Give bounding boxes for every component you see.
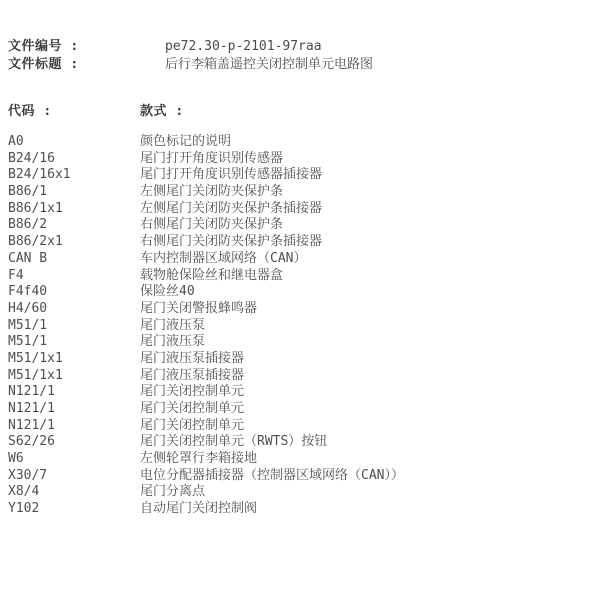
component-description: 自动尾门关闭控制阀: [140, 501, 257, 518]
table-row: B86/1x1 左侧尾门关闭防夹保护条插接器: [8, 201, 604, 218]
component-description: 左侧轮罩行李箱接地: [140, 451, 257, 468]
component-code: B24/16: [8, 151, 140, 168]
document-title-label: 文件标题 :: [8, 56, 165, 74]
table-row: H4/60 尾门关闭警报蜂鸣器: [8, 301, 604, 318]
component-description: 左侧尾门关闭防夹保护条: [140, 184, 283, 201]
table-row: M51/1 尾门液压泵: [8, 318, 604, 335]
document-title-row: 文件标题 : 后行李箱盖遥控关闭控制单元电路图: [8, 56, 604, 74]
table-row: A0 颜色标记的说明: [8, 134, 604, 151]
table-row: B86/2 右侧尾门关闭防夹保护条: [8, 217, 604, 234]
table-row: B86/1 左侧尾门关闭防夹保护条: [8, 184, 604, 201]
component-description: 车内控制器区域网络（CAN）: [140, 251, 306, 268]
component-code: CAN B: [8, 251, 140, 268]
table-row: B24/16 尾门打开角度识别传感器: [8, 151, 604, 168]
component-description: 尾门关闭控制单元（RWTS）按钮: [140, 434, 327, 451]
table-row: B86/2x1 右侧尾门关闭防夹保护条插接器: [8, 234, 604, 251]
legend-table: A0 颜色标记的说明 B24/16 尾门打开角度识别传感器 B24/16x1 尾…: [8, 134, 604, 518]
component-code: X8/4: [8, 484, 140, 501]
component-code: B24/16x1: [8, 167, 140, 184]
table-row: CAN B 车内控制器区域网络（CAN）: [8, 251, 604, 268]
component-description: 尾门分离点: [140, 484, 205, 501]
table-row: M51/1x1 尾门液压泵插接器: [8, 368, 604, 385]
table-row: Y102 自动尾门关闭控制阀: [8, 501, 604, 518]
component-code: M51/1x1: [8, 368, 140, 385]
component-code: M51/1x1: [8, 351, 140, 368]
document-number-value: pe72.30-p-2101-97raa: [165, 38, 322, 56]
component-description: 尾门打开角度识别传感器: [140, 151, 283, 168]
component-description: 保险丝40: [140, 284, 195, 301]
document-page: 文件编号 : pe72.30-p-2101-97raa 文件标题 : 后行李箱盖…: [0, 0, 604, 601]
component-code: W6: [8, 451, 140, 468]
table-row: X8/4 尾门分离点: [8, 484, 604, 501]
component-description: 尾门关闭控制单元: [140, 401, 244, 418]
table-row: F4f40 保险丝40: [8, 284, 604, 301]
document-number-label: 文件编号 :: [8, 38, 165, 56]
component-code: B86/1x1: [8, 201, 140, 218]
component-description: 尾门液压泵插接器: [140, 351, 244, 368]
component-description: 载物舱保险丝和继电器盒: [140, 268, 283, 285]
component-code: H4/60: [8, 301, 140, 318]
component-description: 左侧尾门关闭防夹保护条插接器: [140, 201, 322, 218]
component-description: 尾门液压泵插接器: [140, 368, 244, 385]
document-number-row: 文件编号 : pe72.30-p-2101-97raa: [8, 38, 604, 56]
component-code: X30/7: [8, 468, 140, 485]
component-code: N121/1: [8, 418, 140, 435]
component-code: B86/1: [8, 184, 140, 201]
table-row: M51/1x1 尾门液压泵插接器: [8, 351, 604, 368]
component-description: 右侧尾门关闭防夹保护条: [140, 217, 283, 234]
component-description: 尾门打开角度识别传感器插接器: [140, 167, 322, 184]
component-code: M51/1: [8, 334, 140, 351]
component-code: A0: [8, 134, 140, 151]
style-column-header: 款式 :: [140, 103, 184, 121]
table-row: N121/1 尾门关闭控制单元: [8, 401, 604, 418]
component-description: 尾门关闭控制单元: [140, 418, 244, 435]
table-row: F4 载物舱保险丝和继电器盒: [8, 268, 604, 285]
code-column-header: 代码 :: [8, 103, 140, 121]
component-description: 尾门关闭警报蜂鸣器: [140, 301, 257, 318]
component-code: S62/26: [8, 434, 140, 451]
table-row: X30/7 电位分配器插接器（控制器区域网络（CAN））: [8, 468, 604, 485]
document-title-value: 后行李箱盖遥控关闭控制单元电路图: [165, 56, 373, 74]
component-code: M51/1: [8, 318, 140, 335]
component-code: N121/1: [8, 401, 140, 418]
component-description: 尾门液压泵: [140, 334, 205, 351]
legend-column-header: 代码 : 款式 :: [8, 103, 604, 121]
component-description: 尾门液压泵: [140, 318, 205, 335]
component-code: F4f40: [8, 284, 140, 301]
component-description: 颜色标记的说明: [140, 134, 231, 151]
component-description: 电位分配器插接器（控制器区域网络（CAN））: [140, 468, 404, 485]
table-row: N121/1 尾门关闭控制单元: [8, 384, 604, 401]
component-code: F4: [8, 268, 140, 285]
component-code: Y102: [8, 501, 140, 518]
table-row: S62/26 尾门关闭控制单元（RWTS）按钮: [8, 434, 604, 451]
table-row: B24/16x1 尾门打开角度识别传感器插接器: [8, 167, 604, 184]
table-row: M51/1 尾门液压泵: [8, 334, 604, 351]
component-code: B86/2x1: [8, 234, 140, 251]
table-row: W6 左侧轮罩行李箱接地: [8, 451, 604, 468]
component-description: 右侧尾门关闭防夹保护条插接器: [140, 234, 322, 251]
component-code: B86/2: [8, 217, 140, 234]
component-code: N121/1: [8, 384, 140, 401]
component-description: 尾门关闭控制单元: [140, 384, 244, 401]
table-row: N121/1 尾门关闭控制单元: [8, 418, 604, 435]
